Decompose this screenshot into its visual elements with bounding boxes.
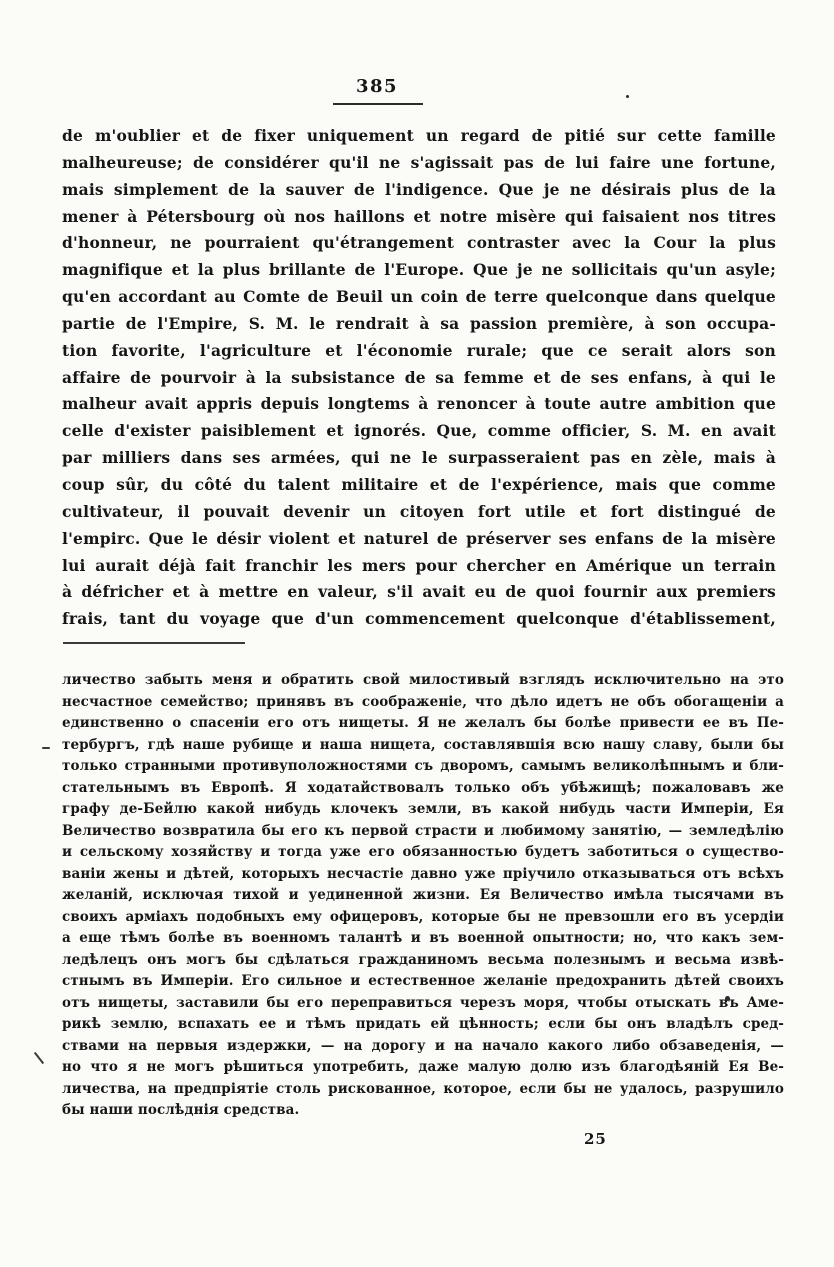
text-line: à défricher et à mettre en valeur, s'il … bbox=[62, 579, 776, 606]
text-line: только странными противуположностями съ … bbox=[62, 756, 784, 778]
text-line: mais simplement de la sauver de l'indige… bbox=[62, 177, 776, 204]
text-line: malheur avait appris depuis longtems à r… bbox=[62, 391, 776, 418]
text-line: de m'oublier et de fixer uniquement un r… bbox=[62, 123, 776, 150]
text-line: ледѣлецъ онъ могъ бы сдѣлаться гражданин… bbox=[62, 950, 784, 972]
text-line: cultivateur, il pouvait devenir un citoy… bbox=[62, 499, 776, 526]
text-line: lui aurait déjà fait franchir les mers p… bbox=[62, 553, 776, 580]
text-line: а еще тѣмъ болѣе въ военномъ талантѣ и в… bbox=[62, 928, 784, 950]
book-page: 385 de m'oublier et de fixer uniquement … bbox=[0, 0, 834, 1267]
margin-stroke-artifact bbox=[34, 1052, 44, 1064]
footnote-separator-rule bbox=[63, 642, 245, 644]
text-line: affaire de pourvoir à la subsistance de … bbox=[62, 365, 776, 392]
footnote-block: личество забыть меня и обратить свой мил… bbox=[62, 670, 784, 1122]
text-line: единственно о спасеніи его отъ нищеты. Я… bbox=[62, 713, 784, 735]
text-line: frais, tant du voyage que d'un commencem… bbox=[62, 606, 776, 633]
text-line: рикѣ землю, вспахать ее и тѣмъ придать е… bbox=[62, 1014, 784, 1036]
text-line: графу де-Бейлю какой нибудь клочекъ земл… bbox=[62, 799, 784, 821]
text-line: личества, на предпріятіе столь рискованн… bbox=[62, 1079, 784, 1101]
text-line: личество забыть меня и обратить свой мил… bbox=[62, 670, 784, 692]
text-line: tion favorite, l'agriculture et l'économ… bbox=[62, 338, 776, 365]
text-line: celle d'exister paisiblement et ignorés.… bbox=[62, 418, 776, 445]
text-line: coup sûr, du côté du talent militaire et… bbox=[62, 472, 776, 499]
page-number: 385 bbox=[337, 76, 417, 97]
ink-speck bbox=[626, 95, 629, 98]
text-line: тербургъ, гдѣ наше рубище и наша нищета,… bbox=[62, 735, 784, 757]
text-line: стательнымъ въ Европѣ. Я ходатайствовалъ… bbox=[62, 778, 784, 800]
ink-speck bbox=[725, 996, 730, 1001]
text-line: d'honneur, ne pourraient qu'étrangement … bbox=[62, 230, 776, 257]
text-line: magnifique et la plus brillante de l'Eur… bbox=[62, 257, 776, 284]
text-line: отъ нищеты, заставили бы его переправить… bbox=[62, 993, 784, 1015]
text-line: malheureuse; de considérer qu'il ne s'ag… bbox=[62, 150, 776, 177]
text-line: l'empirc. Que le désir violent et nature… bbox=[62, 526, 776, 553]
text-line: Величество возвратила бы его къ первой с… bbox=[62, 821, 784, 843]
signature-mark: 25 bbox=[584, 1130, 607, 1148]
text-line: partie de l'Empire, S. M. le rendrait à … bbox=[62, 311, 776, 338]
text-line: ствами на первыя издержки, — на дорогу и… bbox=[62, 1036, 784, 1058]
main-text-block: de m'oublier et de fixer uniquement un r… bbox=[62, 123, 776, 633]
page-number-rule bbox=[333, 103, 423, 105]
text-line: par milliers dans ses armées, qui ne le … bbox=[62, 445, 776, 472]
text-line: ваніи жены и дѣтей, которыхъ несчастіе д… bbox=[62, 864, 784, 886]
text-line: qu'en accordant au Comte de Beuil un coi… bbox=[62, 284, 776, 311]
text-line: желаній, исключая тихой и уединенной жиз… bbox=[62, 885, 784, 907]
text-line: и сельскому хозяйству и тогда уже его об… bbox=[62, 842, 784, 864]
text-line: несчастное семейство; принявъ въ соображ… bbox=[62, 692, 784, 714]
text-line: стнымъ въ Имперіи. Его сильное и естеств… bbox=[62, 971, 784, 993]
text-line: mener à Pétersbourg où nos haillons et n… bbox=[62, 204, 776, 231]
text-line: бы наши послѣднія средства. bbox=[62, 1100, 784, 1122]
text-line: но что я не могъ рѣшиться употребить, да… bbox=[62, 1057, 784, 1079]
text-line: своихъ арміахъ подобныхъ ему офицеровъ, … bbox=[62, 907, 784, 929]
margin-dash-artifact bbox=[42, 747, 50, 749]
